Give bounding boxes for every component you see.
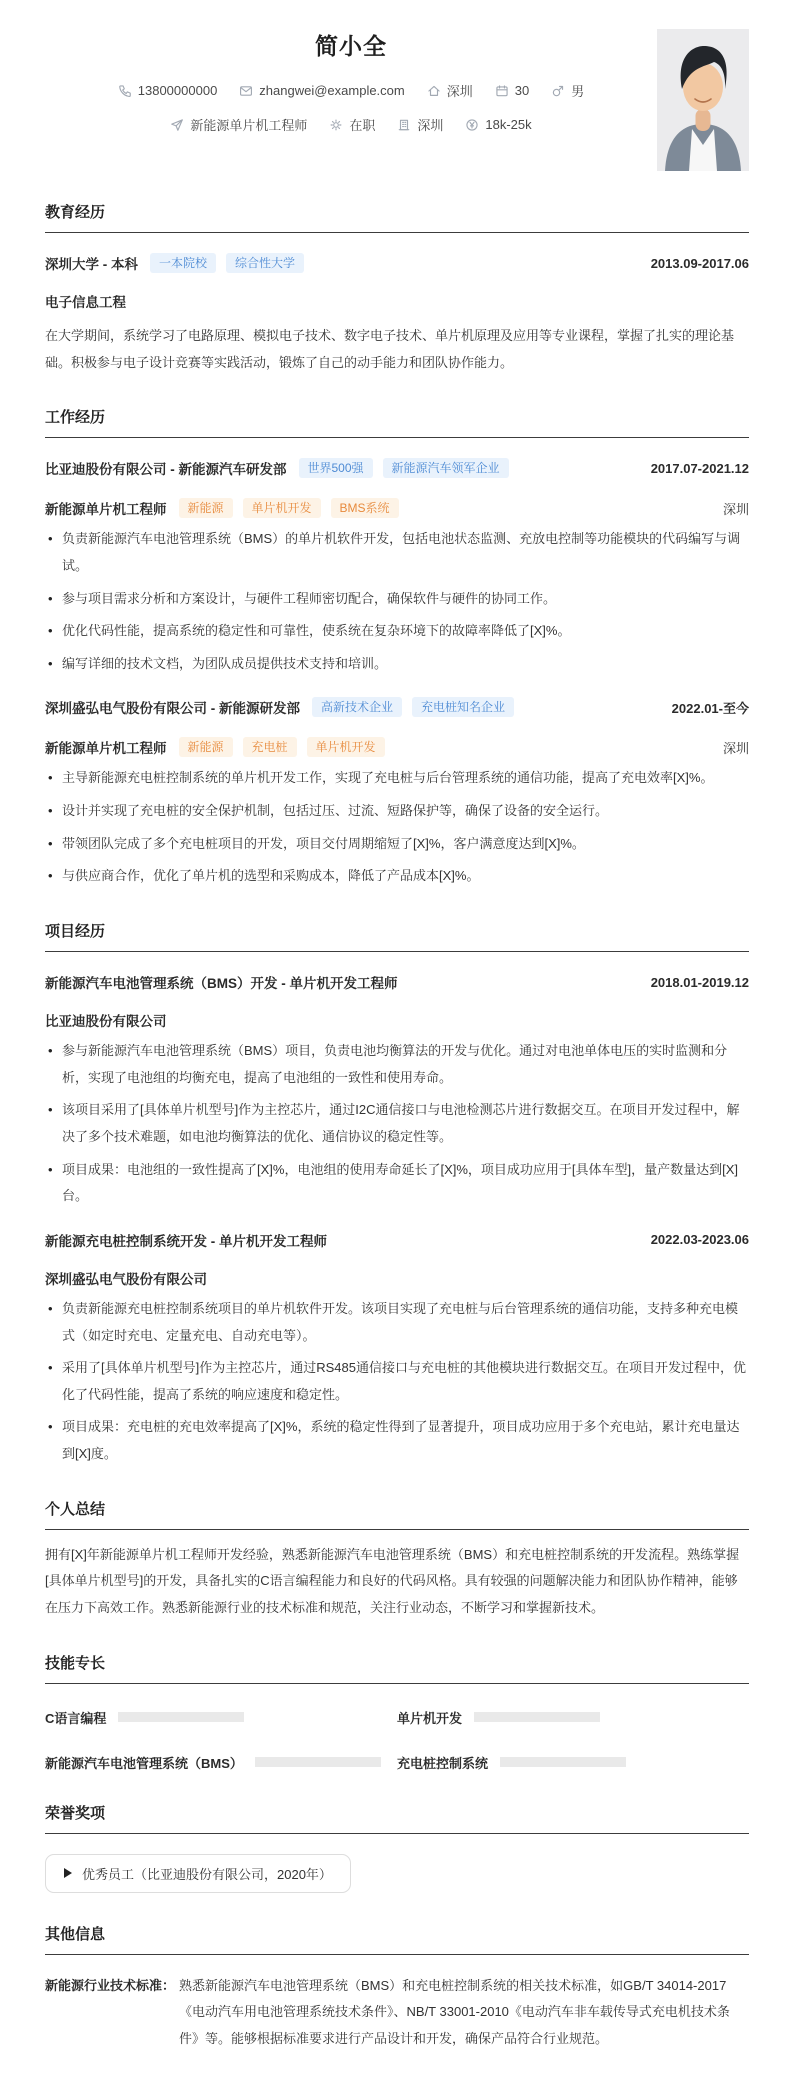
expected-salary: 18k-25k	[465, 117, 531, 132]
work-entry-position-row: 新能源单片机工程师 新能源 单片机开发 BMS系统 深圳	[45, 498, 749, 518]
project-company: 比亚迪股份有限公司	[45, 1010, 749, 1030]
position-tag: 单片机开发	[243, 498, 321, 518]
position-tag: 新能源	[179, 498, 233, 518]
project-bullet-list: 参与新能源汽车电池管理系统（BMS）项目，负责电池均衡算法的开发与优化。通过对电…	[45, 1038, 749, 1210]
work-bullet: 与供应商合作，优化了单片机的选型和采购成本，降低了产品成本[X]%。	[45, 863, 749, 890]
summary-title: 个人总结	[45, 1498, 749, 1530]
project-bullet: 采用了[具体单片机型号]作为主控芯片，通过RS485通信接口与充电桩的其他模块进…	[45, 1355, 749, 1408]
project-bullet: 项目成果：充电桩的充电效率提高了[X]%，系统的稳定性得到了显著提升，项目成功应…	[45, 1414, 749, 1467]
company-tags: 高新技术企业 充电桩知名企业	[312, 697, 514, 717]
skill-label: C语言编程	[45, 1708, 106, 1727]
job-status: 在职	[329, 115, 375, 134]
work-bullet: 优化代码性能，提高系统的稳定性和可靠性，使系统在复杂环境下的故障率降低了[X]%…	[45, 618, 749, 645]
other-info-text: 熟悉新能源汽车电池管理系统（BMS）和充电桩控制系统的相关技术标准，如GB/T …	[179, 1973, 749, 2053]
work-city: 深圳	[397, 115, 443, 134]
position-name: 新能源单片机工程师	[45, 737, 167, 757]
expected-salary-value: 18k-25k	[485, 117, 531, 132]
work-entry: 深圳盛弘电气股份有限公司 - 新能源研发部 高新技术企业 充电桩知名企业 202…	[45, 697, 749, 890]
project-entry: 新能源汽车电池管理系统（BMS）开发 - 单片机开发工程师 2018.01-20…	[45, 972, 749, 1210]
work-bullet: 负责新能源汽车电池管理系统（BMS）的单片机软件开发，包括电池状态监测、充放电控…	[45, 526, 749, 579]
company-name: 深圳盛弘电气股份有限公司 - 新能源研发部	[45, 697, 300, 717]
position-tags: 新能源 充电桩 单片机开发	[179, 737, 385, 757]
school-tags: 一本院校 综合性大学	[150, 253, 304, 273]
section-honors: 荣誉奖项 优秀员工（比亚迪股份有限公司，2020年）	[45, 1802, 749, 1893]
skill-item: 新能源汽车电池管理系统（BMS）	[45, 1753, 397, 1772]
project-bullet: 参与新能源汽车电池管理系统（BMS）项目，负责电池均衡算法的开发与优化。通过对电…	[45, 1038, 749, 1091]
contact-gender: 男	[551, 81, 584, 100]
education-title: 教育经历	[45, 201, 749, 233]
age-value: 30	[515, 83, 529, 98]
work-entry: 比亚迪股份有限公司 - 新能源汽车研发部 世界500强 新能源汽车领军企业 20…	[45, 458, 749, 677]
position-name: 新能源单片机工程师	[45, 498, 167, 518]
phone-icon	[118, 84, 132, 98]
work-bullet: 编写详细的技术文档，为团队成员提供技术支持和培训。	[45, 651, 749, 678]
job-status-value: 在职	[349, 115, 375, 134]
email-address: zhangwei@example.com	[259, 83, 404, 98]
skills-title: 技能专长	[45, 1652, 749, 1684]
send-icon	[170, 118, 184, 132]
school-tag: 一本院校	[150, 253, 216, 273]
skill-item: C语言编程	[45, 1708, 397, 1727]
status-icon	[329, 118, 343, 132]
other-info-row: 新能源行业技术标准： 熟悉新能源汽车电池管理系统（BMS）和充电桩控制系统的相关…	[45, 1973, 749, 2053]
target-position: 新能源单片机工程师	[170, 115, 307, 134]
salary-icon	[465, 118, 479, 132]
section-summary: 个人总结 拥有[X]年新能源单片机工程师开发经验，熟悉新能源汽车电池管理系统（B…	[45, 1498, 749, 1622]
resume-header: 简小全 13800000000 zhangwei@example.com	[45, 14, 749, 171]
city-value: 深圳	[447, 81, 473, 100]
gender-value: 男	[571, 81, 584, 100]
summary-text: 拥有[X]年新能源单片机工程师开发经验，熟悉新能源汽车电池管理系统（BMS）和充…	[45, 1542, 749, 1622]
major-name: 电子信息工程	[45, 291, 749, 311]
gender-icon	[551, 84, 565, 98]
skill-item: 充电桩控制系统	[397, 1753, 749, 1772]
work-location: 深圳	[723, 499, 749, 518]
project-date: 2018.01-2019.12	[651, 975, 749, 990]
work-title: 工作经历	[45, 406, 749, 438]
section-projects: 项目经历 新能源汽车电池管理系统（BMS）开发 - 单片机开发工程师 2018.…	[45, 920, 749, 1468]
education-entry-header: 深圳大学 - 本科 一本院校 综合性大学 2013.09-2017.06	[45, 253, 749, 273]
section-other: 其他信息 新能源行业技术标准： 熟悉新能源汽车电池管理系统（BMS）和充电桩控制…	[45, 1923, 749, 2053]
age-icon	[495, 84, 509, 98]
profile-photo	[657, 29, 749, 171]
contact-email: zhangwei@example.com	[239, 83, 404, 98]
work-location: 深圳	[723, 738, 749, 757]
project-company: 深圳盛弘电气股份有限公司	[45, 1268, 749, 1288]
work-date: 2017.07-2021.12	[651, 461, 749, 476]
position-tag: 单片机开发	[307, 737, 385, 757]
other-title: 其他信息	[45, 1923, 749, 1955]
company-tag: 充电桩知名企业	[412, 697, 514, 717]
project-bullet: 负责新能源充电桩控制系统项目的单片机软件开发。该项目实现了充电桩与后台管理系统的…	[45, 1296, 749, 1349]
section-skills: 技能专长 C语言编程 单片机开发 新能源汽车电池管理系统（BMS） 充电桩控制系…	[45, 1652, 749, 1772]
work-bullet: 主导新能源充电桩控制系统的单片机开发工作，实现了充电桩与后台管理系统的通信功能，…	[45, 765, 749, 792]
company-tags: 世界500强 新能源汽车领军企业	[299, 458, 509, 478]
skill-label: 新能源汽车电池管理系统（BMS）	[45, 1753, 243, 1772]
skill-bar	[500, 1757, 626, 1767]
projects-title: 项目经历	[45, 920, 749, 952]
project-name: 新能源汽车电池管理系统（BMS）开发 - 单片机开发工程师	[45, 972, 398, 992]
work-city-value: 深圳	[417, 115, 443, 134]
header-main: 简小全 13800000000 zhangwei@example.com	[45, 14, 657, 149]
target-position-value: 新能源单片机工程师	[190, 115, 307, 134]
honors-title: 荣誉奖项	[45, 1802, 749, 1834]
position-tags: 新能源 单片机开发 BMS系统	[179, 498, 399, 518]
candidate-name: 简小全	[45, 28, 657, 61]
honor-text: 优秀员工（比亚迪股份有限公司，2020年）	[82, 1864, 332, 1883]
contact-row-2: 新能源单片机工程师 在职 深圳	[45, 115, 657, 134]
project-date: 2022.03-2023.06	[651, 1232, 749, 1247]
work-bullet-list: 负责新能源汽车电池管理系统（BMS）的单片机软件开发，包括电池状态监测、充放电控…	[45, 526, 749, 677]
skill-label: 充电桩控制系统	[397, 1753, 488, 1772]
position-tag: 充电桩	[243, 737, 297, 757]
section-education: 教育经历 深圳大学 - 本科 一本院校 综合性大学 2013.09-2017.0…	[45, 201, 749, 376]
building-icon	[397, 118, 411, 132]
resume-page: 简小全 13800000000 zhangwei@example.com	[0, 0, 794, 2093]
position-tag: BMS系统	[331, 498, 399, 518]
contact-phone: 13800000000	[118, 83, 218, 98]
project-entry: 新能源充电桩控制系统开发 - 单片机开发工程师 2022.03-2023.06 …	[45, 1230, 749, 1468]
work-entry-position-row: 新能源单片机工程师 新能源 充电桩 单片机开发 深圳	[45, 737, 749, 757]
company-name: 比亚迪股份有限公司 - 新能源汽车研发部	[45, 458, 287, 478]
education-date: 2013.09-2017.06	[651, 256, 749, 271]
section-work: 工作经历 比亚迪股份有限公司 - 新能源汽车研发部 世界500强 新能源汽车领军…	[45, 406, 749, 890]
company-tag: 新能源汽车领军企业	[383, 458, 509, 478]
project-name: 新能源充电桩控制系统开发 - 单片机开发工程师	[45, 1230, 327, 1250]
company-tag: 世界500强	[299, 458, 373, 478]
project-bullet: 项目成果：电池组的一致性提高了[X]%，电池组的使用寿命延长了[X]%，项目成功…	[45, 1157, 749, 1210]
education-description: 在大学期间，系统学习了电路原理、模拟电子技术、数字电子技术、单片机原理及应用等专…	[45, 323, 749, 376]
skill-item: 单片机开发	[397, 1708, 749, 1727]
honor-item: 优秀员工（比亚迪股份有限公司，2020年）	[45, 1854, 351, 1893]
school-tag: 综合性大学	[226, 253, 304, 273]
school-name: 深圳大学 - 本科	[45, 253, 138, 273]
work-bullet: 设计并实现了充电桩的安全保护机制，包括过压、过流、短路保护等，确保了设备的安全运…	[45, 798, 749, 825]
phone-number: 13800000000	[138, 83, 218, 98]
work-bullet: 参与项目需求分析和方案设计，与硬件工程师密切配合，确保软件与硬件的协同工作。	[45, 586, 749, 613]
skill-bar	[255, 1757, 381, 1767]
project-header-row: 新能源充电桩控制系统开发 - 单片机开发工程师 2022.03-2023.06	[45, 1230, 749, 1250]
skill-bar	[474, 1712, 600, 1722]
skills-grid: C语言编程 单片机开发 新能源汽车电池管理系统（BMS） 充电桩控制系统	[45, 1708, 749, 1772]
triangle-bullet-icon	[64, 1868, 72, 1878]
contact-city: 深圳	[427, 81, 473, 100]
work-bullet: 带领团队完成了多个充电桩项目的开发，项目交付周期缩短了[X]%，客户满意度达到[…	[45, 831, 749, 858]
project-bullet-list: 负责新能源充电桩控制系统项目的单片机软件开发。该项目实现了充电桩与后台管理系统的…	[45, 1296, 749, 1468]
skill-bar	[118, 1712, 244, 1722]
skill-label: 单片机开发	[397, 1708, 462, 1727]
work-entry-company-row: 深圳盛弘电气股份有限公司 - 新能源研发部 高新技术企业 充电桩知名企业 202…	[45, 697, 749, 717]
contact-row-1: 13800000000 zhangwei@example.com 深圳	[45, 81, 657, 100]
contact-age: 30	[495, 83, 529, 98]
work-date: 2022.01-至今	[672, 698, 749, 717]
project-bullet: 该项目采用了[具体单片机型号]作为主控芯片，通过I2C通信接口与电池检测芯片进行…	[45, 1097, 749, 1150]
work-bullet-list: 主导新能源充电桩控制系统的单片机开发工作，实现了充电桩与后台管理系统的通信功能，…	[45, 765, 749, 890]
project-header-row: 新能源汽车电池管理系统（BMS）开发 - 单片机开发工程师 2018.01-20…	[45, 972, 749, 992]
company-tag: 高新技术企业	[312, 697, 402, 717]
email-icon	[239, 84, 253, 98]
other-info-label: 新能源行业技术标准：	[45, 1973, 175, 2053]
position-tag: 新能源	[179, 737, 233, 757]
work-entry-company-row: 比亚迪股份有限公司 - 新能源汽车研发部 世界500强 新能源汽车领军企业 20…	[45, 458, 749, 478]
home-icon	[427, 84, 441, 98]
